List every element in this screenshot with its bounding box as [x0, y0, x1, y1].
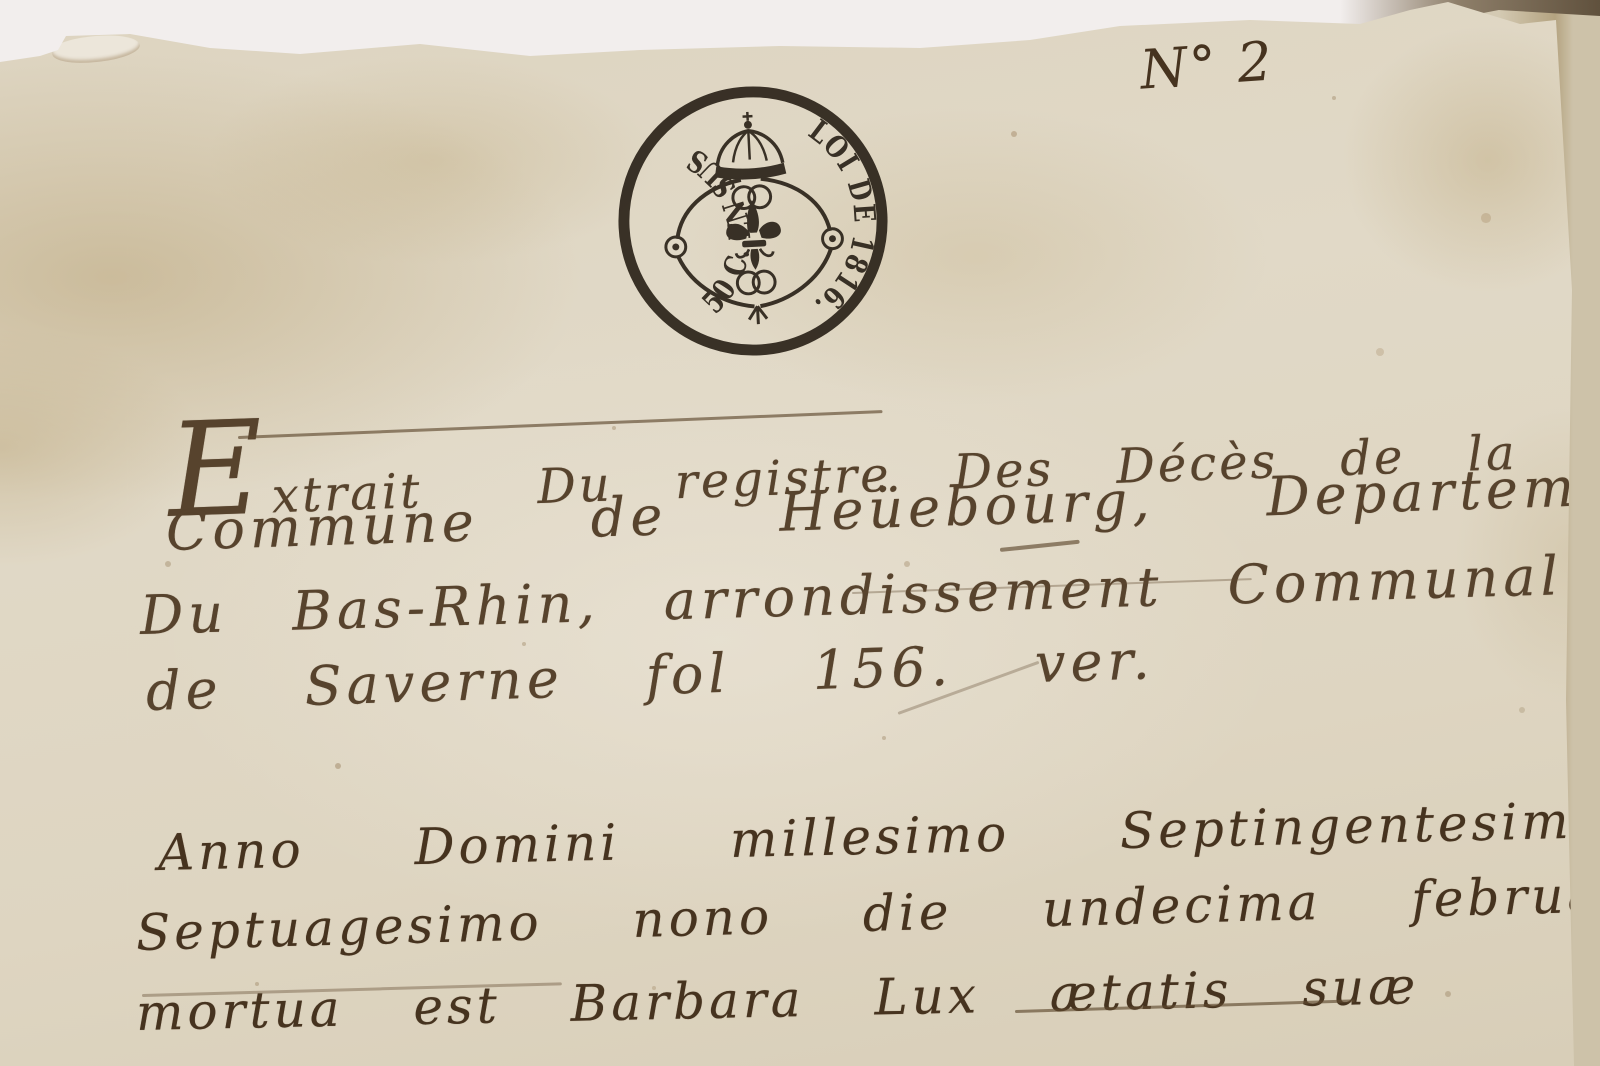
revenue-stamp: 50 C. EN SUS LOI DE 1816.	[605, 73, 901, 369]
manuscript-page: 50 C. EN SUS LOI DE 1816.	[0, 0, 1600, 1066]
document-photo: 50 C. EN SUS LOI DE 1816.	[0, 0, 1600, 1066]
ink-flourish	[1000, 540, 1080, 552]
svg-text:LOI DE 1816.: LOI DE 1816.	[798, 110, 887, 325]
handwritten-line-6: Septuagesimo nono die undecima februarii	[135, 864, 1600, 962]
handwritten-line-3: Du Bas-Rhin, arrondissement Communal	[139, 544, 1564, 647]
crown-icon	[712, 110, 787, 181]
handwritten-line-5: Anno Domini millesimo Septingentesimo	[157, 791, 1600, 882]
stamp-arc-right-text: LOI DE 1816.	[798, 110, 887, 325]
handwritten-line-7: mortua est Barbara Lux ætatis suæ	[135, 957, 1419, 1042]
page-number-annotation: N° 2	[1138, 29, 1276, 101]
